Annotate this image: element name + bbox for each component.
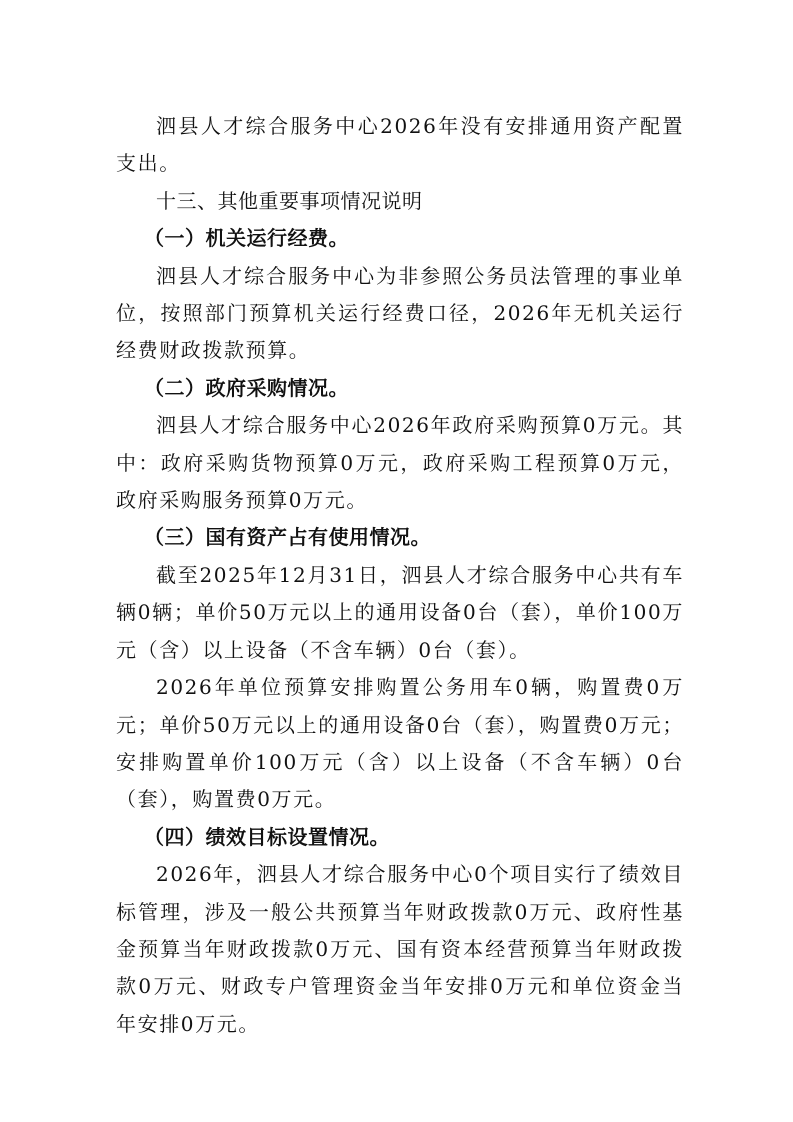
section-heading-other-matters: 十三、其他重要事项情况说明: [116, 183, 684, 220]
paragraph-performance-targets: 2026年，泗县人才综合服务中心0个项目实行了绩效目标管理，涉及一般公共预算当年…: [116, 856, 684, 1043]
paragraph-operating-expenses: 泗县人才综合服务中心为非参照公务员法管理的事业单位，按照部门预算机关运行经费口径…: [116, 258, 684, 370]
paragraph-asset-allocation: 泗县人才综合服务中心2026年没有安排通用资产配置支出。: [116, 108, 684, 183]
subheading-performance-targets: （四）绩效目标设置情况。: [116, 819, 684, 856]
paragraph-state-assets-budget: 2026年单位预算安排购置公务用车0辆，购置费0万元；单价50万元以上的通用设备…: [116, 669, 684, 819]
subheading-operating-expenses: （一）机关运行经费。: [116, 220, 684, 257]
document-page: 泗县人才综合服务中心2026年没有安排通用资产配置支出。 十三、其他重要事项情况…: [116, 108, 684, 1043]
subheading-government-procurement: （二）政府采购情况。: [116, 370, 684, 407]
paragraph-state-assets-holdings: 截至2025年12月31日，泗县人才综合服务中心共有车辆0辆；单价50万元以上的…: [116, 557, 684, 669]
paragraph-government-procurement: 泗县人才综合服务中心2026年政府采购预算0万元。其中：政府采购货物预算0万元，…: [116, 407, 684, 519]
subheading-state-assets: （三）国有资产占有使用情况。: [116, 519, 684, 556]
